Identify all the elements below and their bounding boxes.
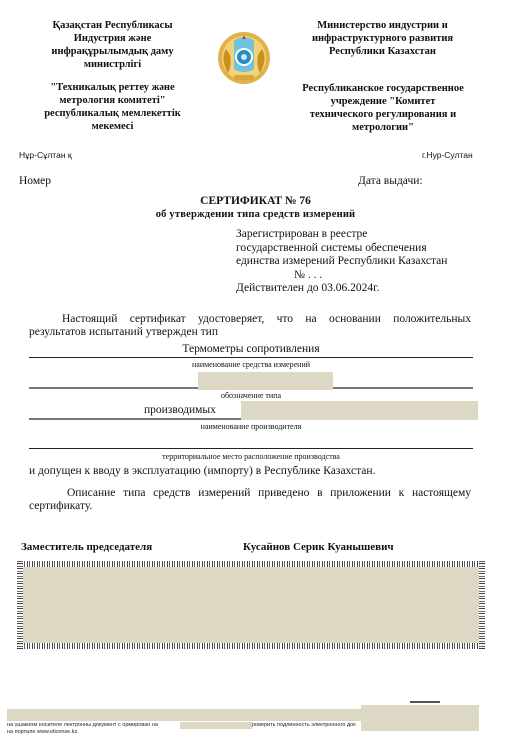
valid-until: Действителен до 03.06.2024г. xyxy=(236,282,447,296)
intro-text: Настоящий сертификат удостоверяет, что н… xyxy=(29,313,471,338)
description-paragraph: Описание типа средств измерений приведен… xyxy=(29,487,471,513)
instrument-caption: наименование средства измерений xyxy=(29,360,473,369)
header-left-committee: "Техникалық реттеу және метрология комит… xyxy=(20,81,205,133)
city-right: г.Нур-Султан xyxy=(422,150,473,160)
registry-number: № . . . xyxy=(236,269,447,283)
registry-line: государственной системы обеспечения xyxy=(236,242,447,256)
manufacturer-caption: наименование производителя xyxy=(29,422,473,431)
redacted-type xyxy=(198,372,333,390)
description-text: Описание типа средств измерений приведен… xyxy=(29,487,471,512)
header-text: метрологии" xyxy=(283,121,483,134)
header-text: Қазақстан Республикасы xyxy=(20,19,205,32)
city-left: Нұр-Сұлтан қ xyxy=(19,150,72,160)
header-text: министрлігі xyxy=(20,58,205,71)
signatory-name: Кусайнов Серик Куанышевич xyxy=(243,541,394,553)
redacted-footer-band xyxy=(7,709,362,721)
header-right-ministry: Министерство индустрии и инфраструктурно… xyxy=(285,19,480,58)
qr-strip-right xyxy=(479,561,485,649)
header-left-ministry: Қазақстан Республикасы Индустрия және ин… xyxy=(20,19,205,71)
certificate-title: СЕРТИФИКАТ № 76 xyxy=(0,195,511,207)
header-text: Министерство индустрии и xyxy=(285,19,480,32)
footer-right-top xyxy=(410,701,440,703)
type-underline-right xyxy=(333,387,473,389)
instrument-underline xyxy=(29,357,473,358)
redacted-footer-mid xyxy=(180,722,252,729)
header-text: технического регулирования и xyxy=(283,108,483,121)
manufacturer-underline xyxy=(29,418,241,420)
issue-date-label: Дата выдачи: xyxy=(358,175,423,187)
header-text: мекемесі xyxy=(20,120,205,133)
state-emblem-icon xyxy=(216,29,272,87)
header-text: республикалық мемлекеттік xyxy=(20,107,205,120)
redacted-manufacturer xyxy=(241,401,478,420)
registry-line: единства измерений Республики Казахстан xyxy=(236,255,447,269)
redacted-signature xyxy=(23,567,479,643)
instrument-name: Термометры сопротивления xyxy=(29,343,473,355)
footer-left-line2: на портале www.elicense.kz. xyxy=(7,729,79,735)
admitted-text: и допущен к вводу в эксплуатацию (импорт… xyxy=(29,465,375,477)
header-text: инфраструктурного развития xyxy=(285,32,480,45)
registry-line: Зарегистрирован в реестре xyxy=(236,228,447,242)
header-text: учреждение "Комитет xyxy=(283,95,483,108)
header-text: Индустрия және xyxy=(20,32,205,45)
type-caption: обозначение типа xyxy=(29,391,473,400)
header-right-committee: Республиканское государственное учрежден… xyxy=(283,82,483,134)
header-text: Республики Казахстан xyxy=(285,45,480,58)
signatory-position: Заместитель председателя xyxy=(21,541,152,553)
header-text: Республиканское государственное xyxy=(283,82,483,95)
header-text: инфрақұрылымдық даму xyxy=(20,45,205,58)
certificate-subtitle: об утверждении типа средств измерений xyxy=(0,209,511,220)
location-caption: территориальное место расположение произ… xyxy=(29,452,473,461)
type-underline-left xyxy=(29,387,198,389)
header-text: метрология комитеті" xyxy=(20,94,205,107)
redacted-footer-right xyxy=(361,705,479,731)
number-label: Номер xyxy=(19,175,51,187)
registry-block: Зарегистрирован в реестре государственно… xyxy=(236,228,447,296)
manufacturer-prefix: производимых xyxy=(144,404,216,416)
qr-strip-bottom xyxy=(17,643,485,649)
digital-signature-qr-block xyxy=(17,561,485,649)
location-underline xyxy=(29,448,473,449)
header-text: "Техникалық реттеу және xyxy=(20,81,205,94)
footer-left-line1: на үшакном носителе лектронны документ с… xyxy=(7,722,158,728)
intro-paragraph: Настоящий сертификат удостоверяет, что н… xyxy=(29,313,471,339)
footer-verify-text: роверить подлинность электронного док xyxy=(252,722,356,728)
